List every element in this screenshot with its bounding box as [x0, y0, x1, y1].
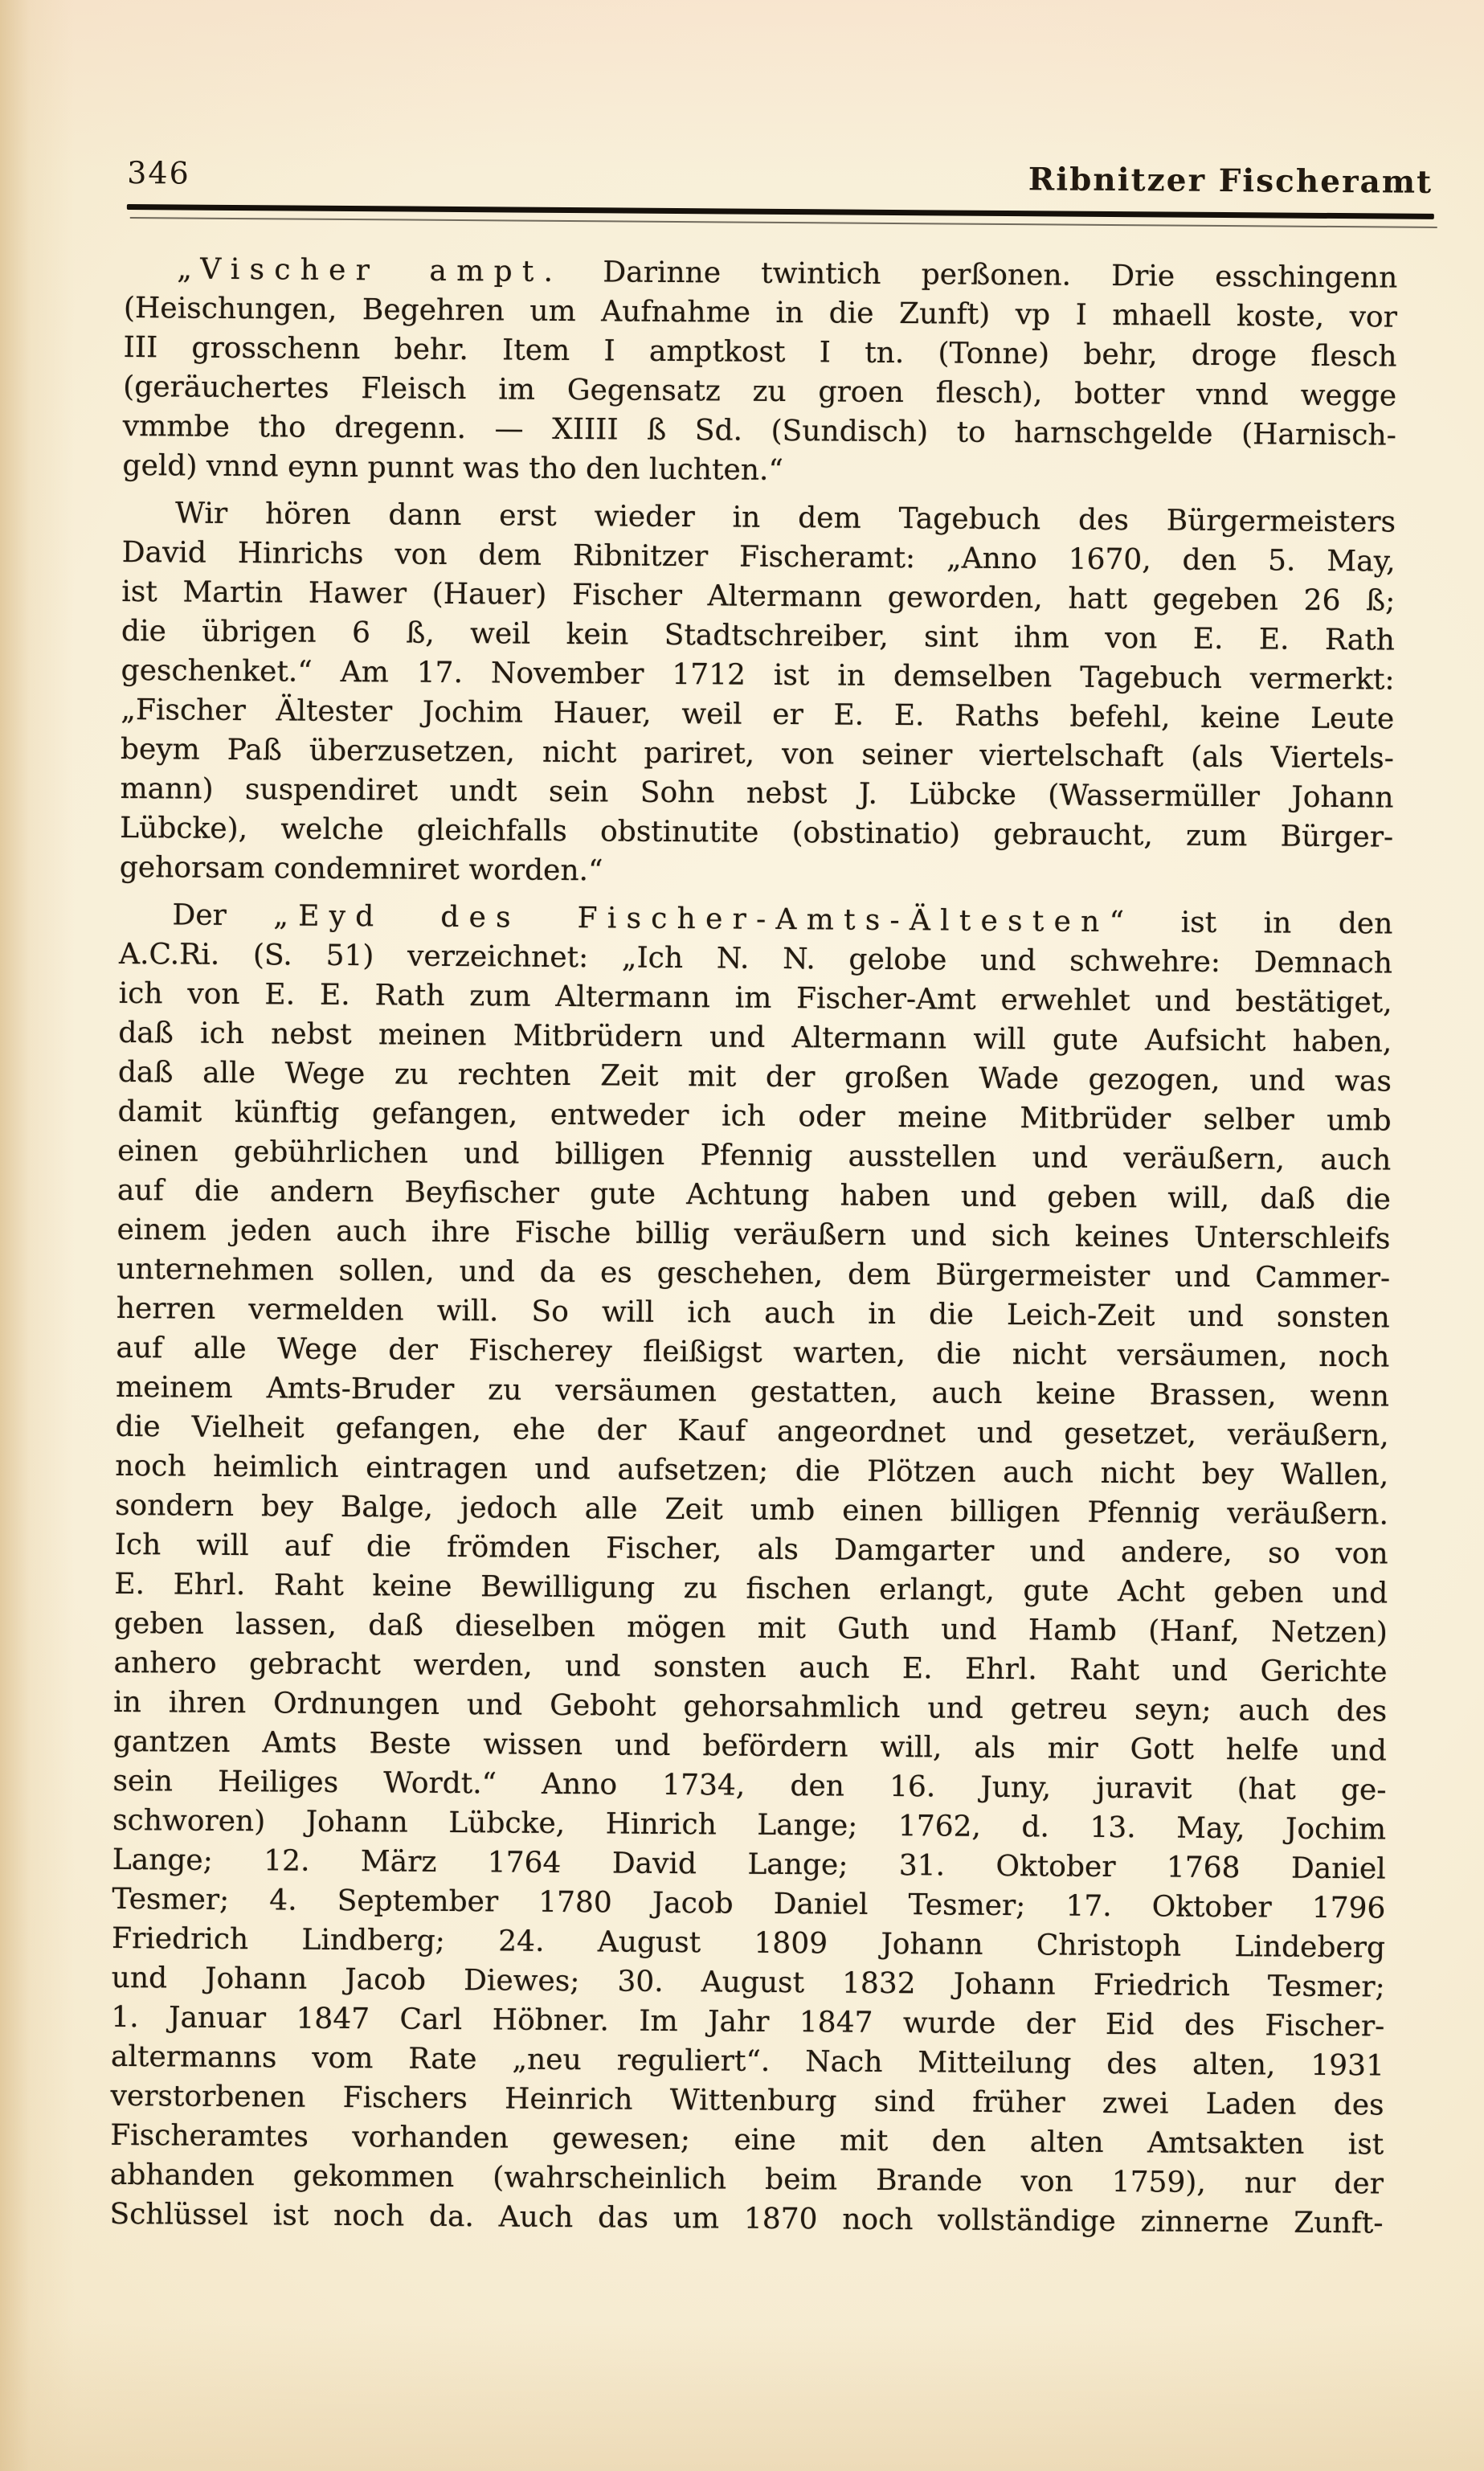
page-header: 346 Ribnitzer Fischeramt: [127, 154, 1433, 201]
text-segment: sondern bey Balge, jedoch alle Zeit umb …: [115, 1489, 1388, 1532]
text-segment: (Heischungen, Begehren um Aufnahme in di…: [124, 292, 1397, 334]
paragraph: Wir hören dann erst wieder in dem Tagebu…: [120, 493, 1396, 897]
text-segment: beym Paß überzusetzen, nicht pariret, vo…: [121, 733, 1394, 775]
text-segment: geben lassen, daß dieselben mögen mit Gu…: [114, 1607, 1388, 1650]
text-segment: die übrigen 6 ß, weil kein Stadtschreibe…: [121, 615, 1395, 657]
letterspaced-text: „Eyd des Fischer-Amts-Ältesten“: [273, 899, 1134, 939]
text-segment: einen gebührlichen und billigen Pfennig …: [117, 1135, 1391, 1177]
text-segment: schworen) Johann Lübcke, Hinrich Lange; …: [112, 1804, 1386, 1847]
text-segment: Der: [172, 898, 273, 932]
text-segment: und Johann Jacob Diewes; 30. August 1832…: [112, 1962, 1385, 2004]
text-segment: altermanns vom Rate „neu reguliert“. Nac…: [111, 2040, 1384, 2083]
text-segment: damit künftig gefangen, entweder ich ode…: [117, 1095, 1391, 1138]
text-segment: abhanden gekommen (wahrscheinlich beim B…: [110, 2158, 1384, 2201]
text-segment: Fischeramtes vorhanden gewesen; eine mit…: [110, 2119, 1384, 2162]
text-segment: geld) vnnd eynn punnt was tho den luchte…: [122, 449, 783, 487]
text-segment: mann) suspendiret undt sein Sohn nebst J…: [120, 772, 1393, 815]
text-segment: meinem Amts-Bruder zu versäumen gestatte…: [116, 1371, 1389, 1413]
text-segment: Wir hören dann erst wieder in dem Tagebu…: [175, 497, 1396, 538]
text-segment: Friedrich Lindberg; 24. August 1809 Joha…: [112, 1922, 1385, 1965]
paragraph: Der „Eyd des Fischer-Amts-Ältesten“ ist …: [109, 895, 1392, 2244]
header-rule-thick: [127, 204, 1434, 219]
text-segment: Lange; 12. März 1764 David Lange; 31. Ok…: [112, 1843, 1386, 1886]
text-segment: III grosschenn behr. Item I amptkost I t…: [123, 331, 1396, 374]
body-text: „Vischer ampt. Darinne twintich perßonen…: [109, 249, 1397, 2244]
text-segment: unternehmen sollen, und da es geschehen,…: [117, 1253, 1390, 1295]
text-segment: E. Ehrl. Raht keine Bewilligung zu fisch…: [114, 1568, 1388, 1610]
header-rule-thin: [130, 217, 1437, 228]
paragraph: „Vischer ampt. Darinne twintich perßonen…: [122, 249, 1397, 495]
text-segment: geschenket.“ Am 17. November 1712 ist in…: [121, 654, 1394, 697]
page-number: 346: [127, 155, 190, 191]
text-segment: David Hinrichs von dem Ribnitzer Fischer…: [122, 536, 1396, 579]
scan-skew-wrapper: 346 Ribnitzer Fischeramt „Vischer ampt. …: [0, 0, 1484, 2244]
text-segment: gehorsam condemniret worden.“: [120, 851, 603, 887]
text-segment: vmmbe tho dregenn. — XIIII ß Sd. (Sundis…: [123, 410, 1396, 452]
text-line: Schlüssel ist noch da. Auch das um 1870 …: [109, 2195, 1383, 2244]
text-segment: auf die andern Beyfischer gute Achtung h…: [117, 1174, 1391, 1217]
text-segment: daß ich nebst meinen Mitbrüdern und Alte…: [118, 1017, 1392, 1059]
text-segment: herren vermelden will. So will ich auch …: [117, 1292, 1390, 1335]
text-segment: 1. Januar 1847 Carl Höbner. Im Jahr 1847…: [111, 2001, 1384, 2043]
text-segment: anhero gebracht werden, und sonsten auch…: [113, 1647, 1387, 1689]
text-segment: Schlüssel ist noch da. Auch das um 1870 …: [109, 2198, 1383, 2240]
text-segment: Lübcke), welche gleichfalls obstinutite …: [120, 812, 1393, 854]
letterspaced-text: „Vischer ampt.: [177, 252, 562, 288]
text-segment: noch heimlich eintragen und aufsetzen; d…: [115, 1450, 1388, 1492]
text-segment: die Vielheit gefangen, ehe der Kauf ange…: [116, 1410, 1389, 1453]
text-segment: in ihren Ordnungen und Geboht gehorsahml…: [113, 1686, 1387, 1728]
text-segment: Ich will auf die frömden Fischer, als Da…: [115, 1528, 1388, 1571]
text-segment: Tesmer; 4. September 1780 Jacob Daniel T…: [112, 1883, 1385, 1925]
text-segment: sein Heiliges Wordt.“ Anno 1734, den 16.…: [112, 1765, 1386, 1807]
running-title: Ribnitzer Fischeramt: [1028, 161, 1433, 201]
text-segment: ist Martin Hawer (Hauer) Fischer Alterma…: [121, 575, 1395, 618]
text-segment: ist in den: [1134, 906, 1392, 940]
book-page: 346 Ribnitzer Fischeramt „Vischer ampt. …: [0, 0, 1484, 2471]
text-segment: Darinne twintich perßonen. Drie essching…: [562, 256, 1397, 295]
text-segment: auf alle Wege der Fischerey fleißigst wa…: [116, 1332, 1389, 1374]
text-segment: ich von E. E. Rath zum Altermann im Fisc…: [119, 977, 1392, 1020]
text-segment: „Fischer Ältester Jochim Hauer, weil er …: [121, 693, 1394, 736]
text-segment: daß alle Wege zu rechten Zeit mit der gr…: [118, 1056, 1392, 1098]
text-segment: gantzen Amts Beste wissen und befördern …: [113, 1725, 1387, 1768]
text-segment: (geräuchertes Fleisch im Gegensatz zu gr…: [123, 370, 1396, 413]
text-segment: einem jeden auch ihre Fische billig verä…: [117, 1213, 1390, 1256]
text-segment: A.C.Ri. (S. 51) verzeichnet: „Ich N. N. …: [119, 938, 1392, 980]
text-segment: verstorbenen Fischers Heinrich Wittenbur…: [110, 2080, 1384, 2122]
